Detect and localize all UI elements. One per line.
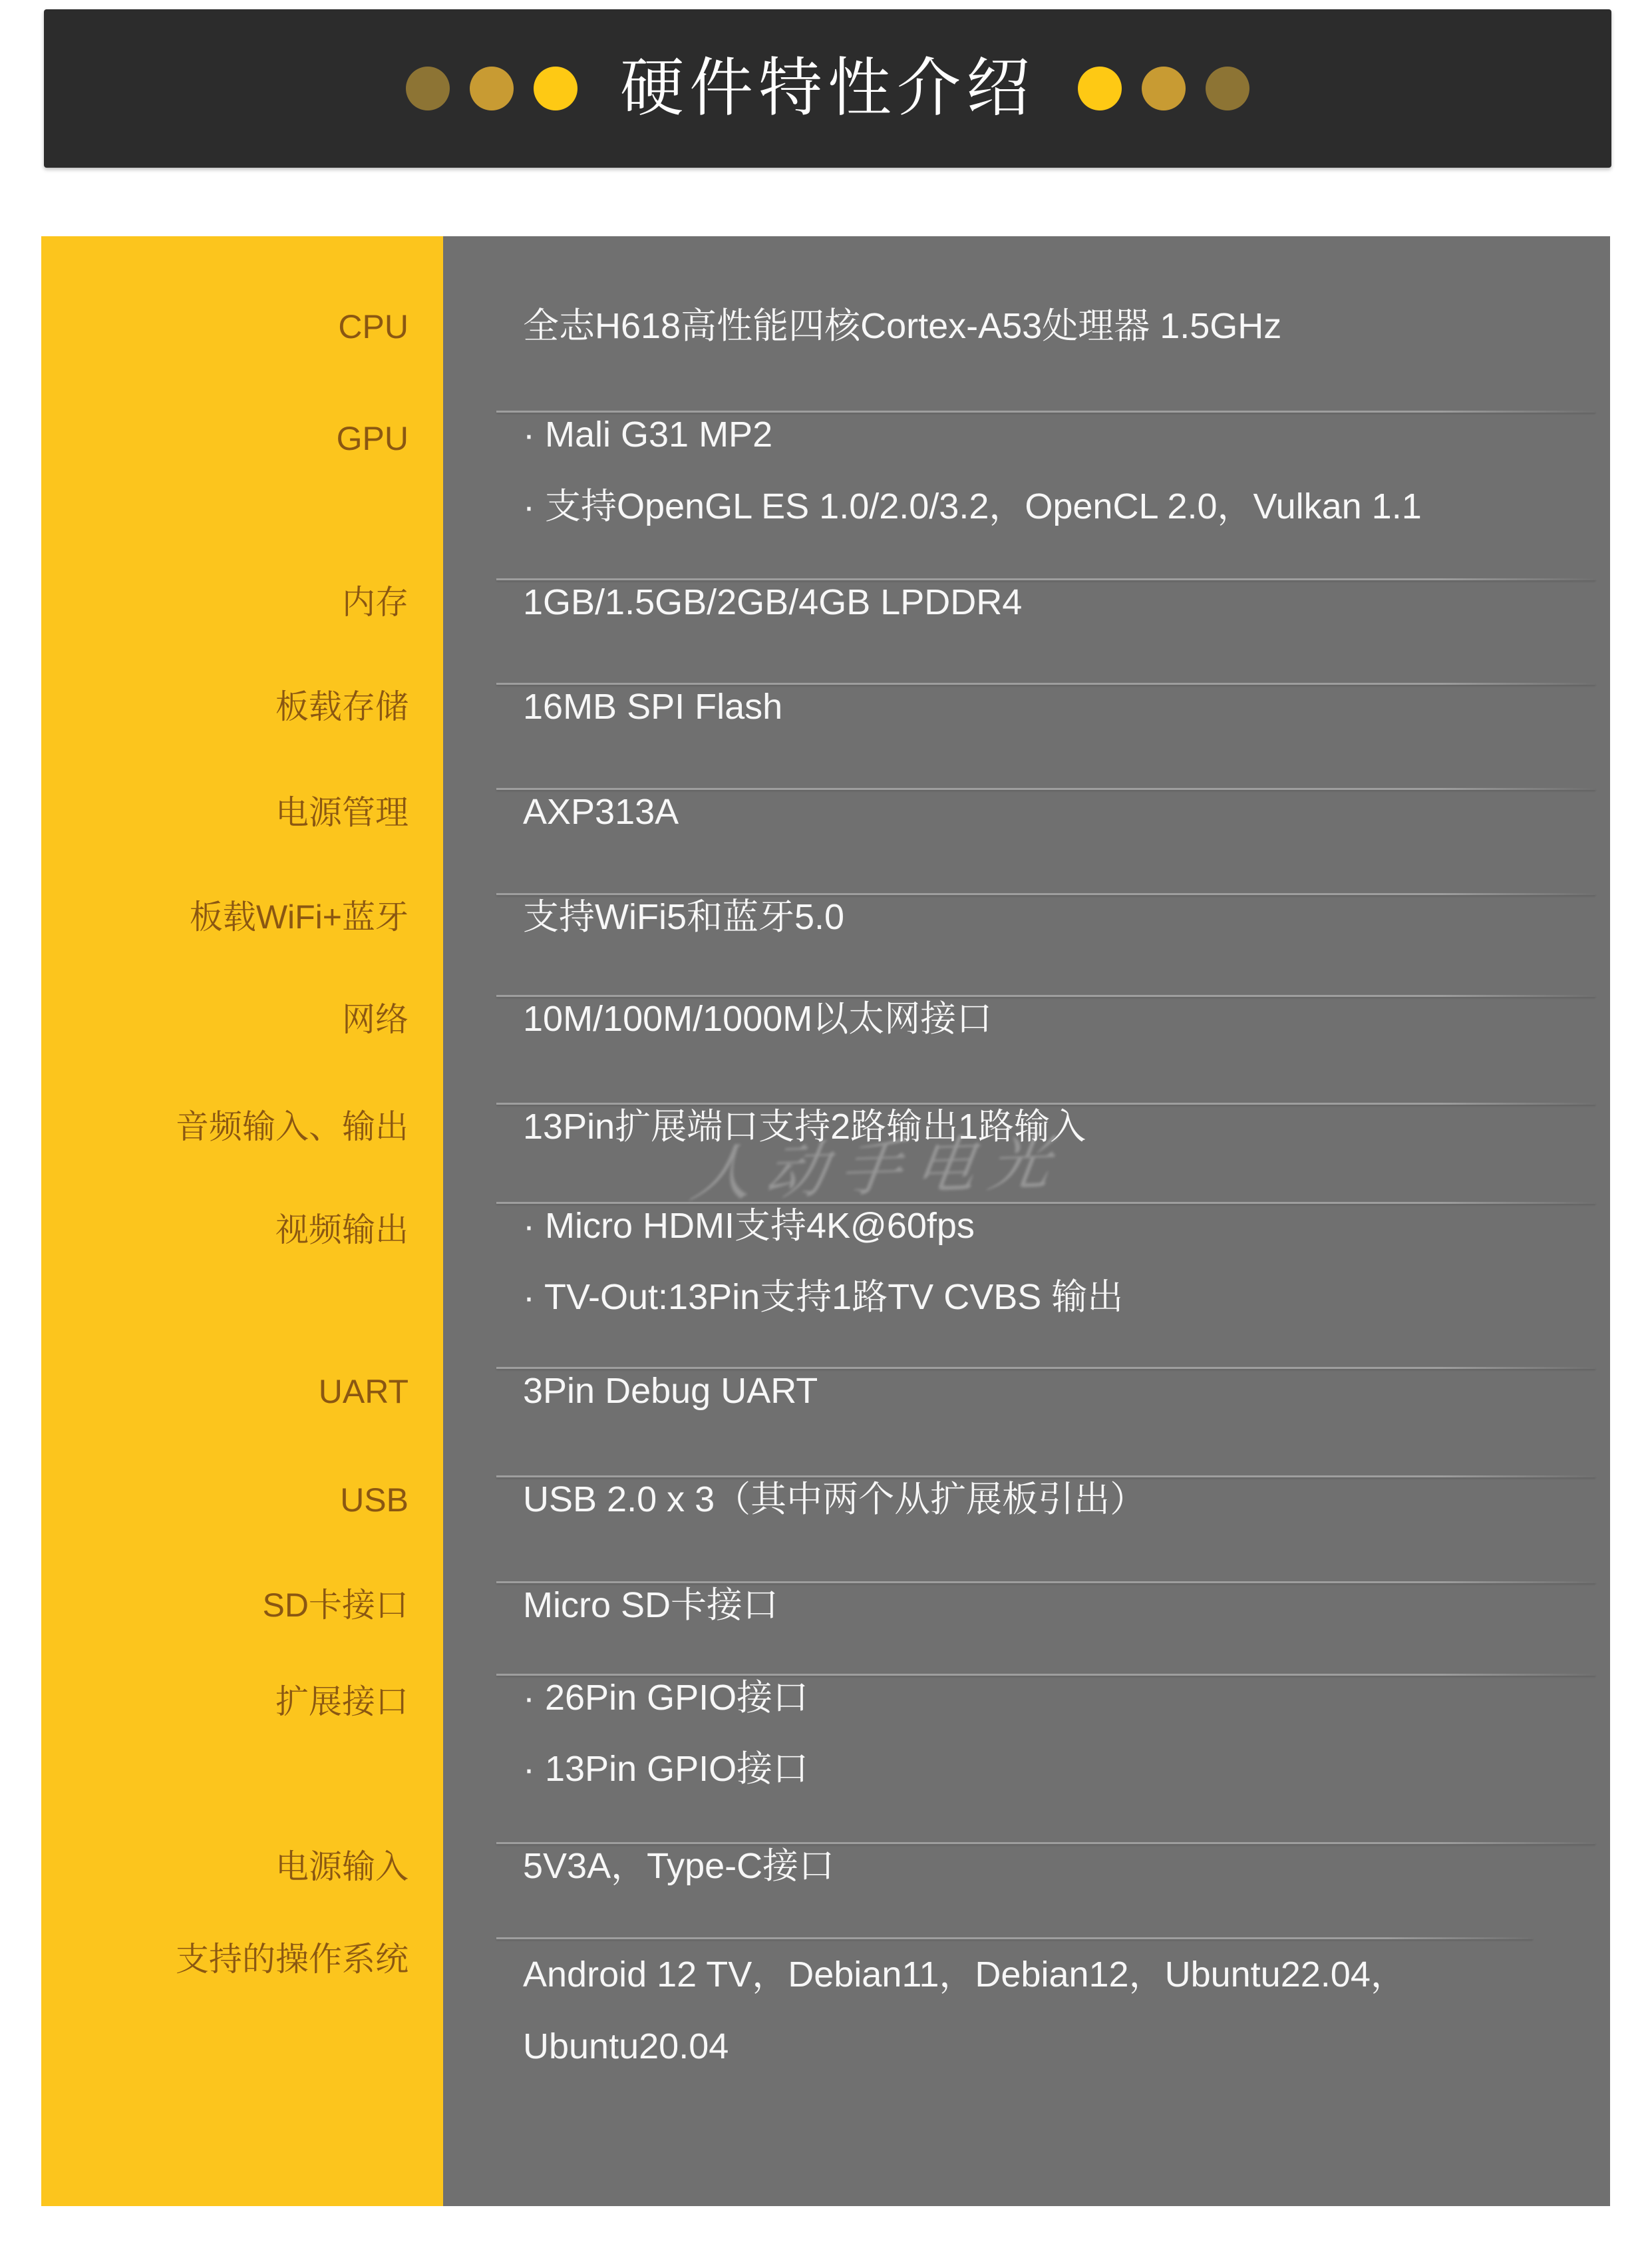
header-dots-right — [1078, 67, 1249, 110]
row-label: 音频输入、输出 — [41, 1106, 443, 1148]
spec-row-network: 网络 10M/100M/1000M以太网接口 — [41, 970, 1610, 1069]
row-label: UART — [41, 1371, 443, 1413]
row-value: 16MB SPI Flash — [443, 684, 1610, 730]
value-line: 支持WiFi5和蓝牙5.0 — [523, 894, 1564, 940]
spec-row-pmic: 电源管理 AXP313A — [41, 760, 1610, 865]
spec-table: CPU 全志H618高性能四核Cortex-A53处理器 1.5GHz GPU … — [41, 236, 1610, 2206]
spec-row-video-out: 视频输出 · Micro HDMI支持4K@60fps · TV-Out:13P… — [41, 1185, 1610, 1339]
page-title: 硬件特性介绍 — [620, 57, 1035, 120]
row-value: 5V3A，Type-C接口 — [443, 1843, 1610, 1889]
row-value: Android 12 TV，Debian11，Debian12，Ubuntu22… — [443, 1939, 1548, 2082]
value-line: Micro SD卡接口 — [523, 1583, 1564, 1628]
row-value: 1GB/1.5GB/2GB/4GB LPDDR4 — [443, 580, 1610, 626]
row-label: 扩展接口 — [41, 1681, 443, 1723]
row-value: 支持WiFi5和蓝牙5.0 — [443, 894, 1610, 940]
row-value: AXP313A — [443, 789, 1610, 835]
spec-sheet-page: { "header": { "title": "硬件特性介绍", "bar_co… — [0, 0, 1650, 2268]
row-value: 全志H618高性能四核Cortex-A53处理器 1.5GHz — [443, 303, 1610, 349]
spec-row-usb: USB USB 2.0 x 3（其中两个从扩展板引出） — [41, 1444, 1610, 1556]
spec-row-cpu: CPU 全志H618高性能四核Cortex-A53处理器 1.5GHz — [41, 263, 1610, 391]
row-label: 网络 — [41, 999, 443, 1041]
row-label: SD卡接口 — [41, 1585, 443, 1626]
header-dots-left — [406, 67, 577, 110]
value-line: USB 2.0 x 3（其中两个从扩展板引出） — [523, 1477, 1564, 1523]
row-value: 13Pin扩展端口支持2路输出1路输入 — [443, 1104, 1610, 1150]
row-value: Micro SD卡接口 — [443, 1583, 1610, 1628]
row-label: GPU — [41, 418, 443, 460]
value-line: Android 12 TV，Debian11，Debian12，Ubuntu22… — [523, 1939, 1501, 2082]
value-line: 3Pin Debug UART — [523, 1368, 1564, 1414]
row-label: USB — [41, 1479, 443, 1521]
spec-row-gpu: GPU · Mali G31 MP2 · 支持OpenGL ES 1.0/2.0… — [41, 391, 1610, 551]
spec-row-uart: UART 3Pin Debug UART — [41, 1339, 1610, 1444]
header-bar: 硬件特性介绍 — [44, 9, 1611, 168]
dot-icon — [406, 67, 450, 110]
value-line: 16MB SPI Flash — [523, 684, 1564, 730]
value-line: 5V3A，Type-C接口 — [523, 1843, 1564, 1889]
dot-icon — [1206, 67, 1249, 110]
row-label: 支持的操作系统 — [41, 1939, 443, 1981]
row-label: 视频输出 — [41, 1209, 443, 1251]
row-label: CPU — [41, 306, 443, 348]
row-label: 板载WiFi+蓝牙 — [41, 896, 443, 938]
spec-row-sd-card: SD卡接口 Micro SD卡接口 — [41, 1556, 1610, 1655]
spec-row-wifi-bt: 板载WiFi+蓝牙 支持WiFi5和蓝牙5.0 — [41, 865, 1610, 970]
row-label: 内存 — [41, 582, 443, 624]
value-line: · Mali G31 MP2 — [523, 412, 1564, 458]
value-line: · 13Pin GPIO接口 — [523, 1746, 1564, 1792]
row-value: USB 2.0 x 3（其中两个从扩展板引出） — [443, 1477, 1610, 1523]
value-line: · TV-Out:13Pin支持1路TV CVBS 输出 — [523, 1274, 1564, 1320]
value-line: · 支持OpenGL ES 1.0/2.0/3.2，OpenCL 2.0，Vul… — [523, 484, 1564, 530]
value-line: AXP313A — [523, 789, 1564, 835]
value-line: 10M/100M/1000M以太网接口 — [523, 996, 1564, 1042]
row-value: · Micro HDMI支持4K@60fps · TV-Out:13Pin支持1… — [443, 1203, 1610, 1320]
spec-row-power-input: 电源输入 5V3A，Type-C接口 — [41, 1812, 1610, 1921]
spec-row-expansion: 扩展接口 · 26Pin GPIO接口 · 13Pin GPIO接口 — [41, 1655, 1610, 1812]
spec-row-audio-io: 音频输入、输出 13Pin扩展端口支持2路输出1路输入 — [41, 1069, 1610, 1185]
value-line: · 26Pin GPIO接口 — [523, 1675, 1564, 1721]
spec-row-supported-os: 支持的操作系统 Android 12 TV，Debian11，Debian12，… — [41, 1921, 1610, 2092]
dot-icon — [1142, 67, 1186, 110]
spec-row-onboard-storage: 板载存储 16MB SPI Flash — [41, 654, 1610, 760]
row-value: · Mali G31 MP2 · 支持OpenGL ES 1.0/2.0/3.2… — [443, 412, 1610, 529]
row-label: 电源管理 — [41, 792, 443, 834]
dot-icon — [1078, 67, 1122, 110]
value-line: 1GB/1.5GB/2GB/4GB LPDDR4 — [523, 580, 1564, 626]
row-label: 电源输入 — [41, 1846, 443, 1888]
row-value: · 26Pin GPIO接口 · 13Pin GPIO接口 — [443, 1675, 1610, 1792]
dot-icon — [470, 67, 514, 110]
row-label: 板载存储 — [41, 686, 443, 728]
value-line: 13Pin扩展端口支持2路输出1路输入 — [523, 1104, 1564, 1150]
dot-icon — [534, 67, 577, 110]
value-line: 全志H618高性能四核Cortex-A53处理器 1.5GHz — [523, 303, 1564, 349]
value-line: · Micro HDMI支持4K@60fps — [523, 1203, 1564, 1249]
row-value: 3Pin Debug UART — [443, 1368, 1610, 1414]
spec-row-memory: 内存 1GB/1.5GB/2GB/4GB LPDDR4 — [41, 551, 1610, 654]
row-value: 10M/100M/1000M以太网接口 — [443, 996, 1610, 1042]
